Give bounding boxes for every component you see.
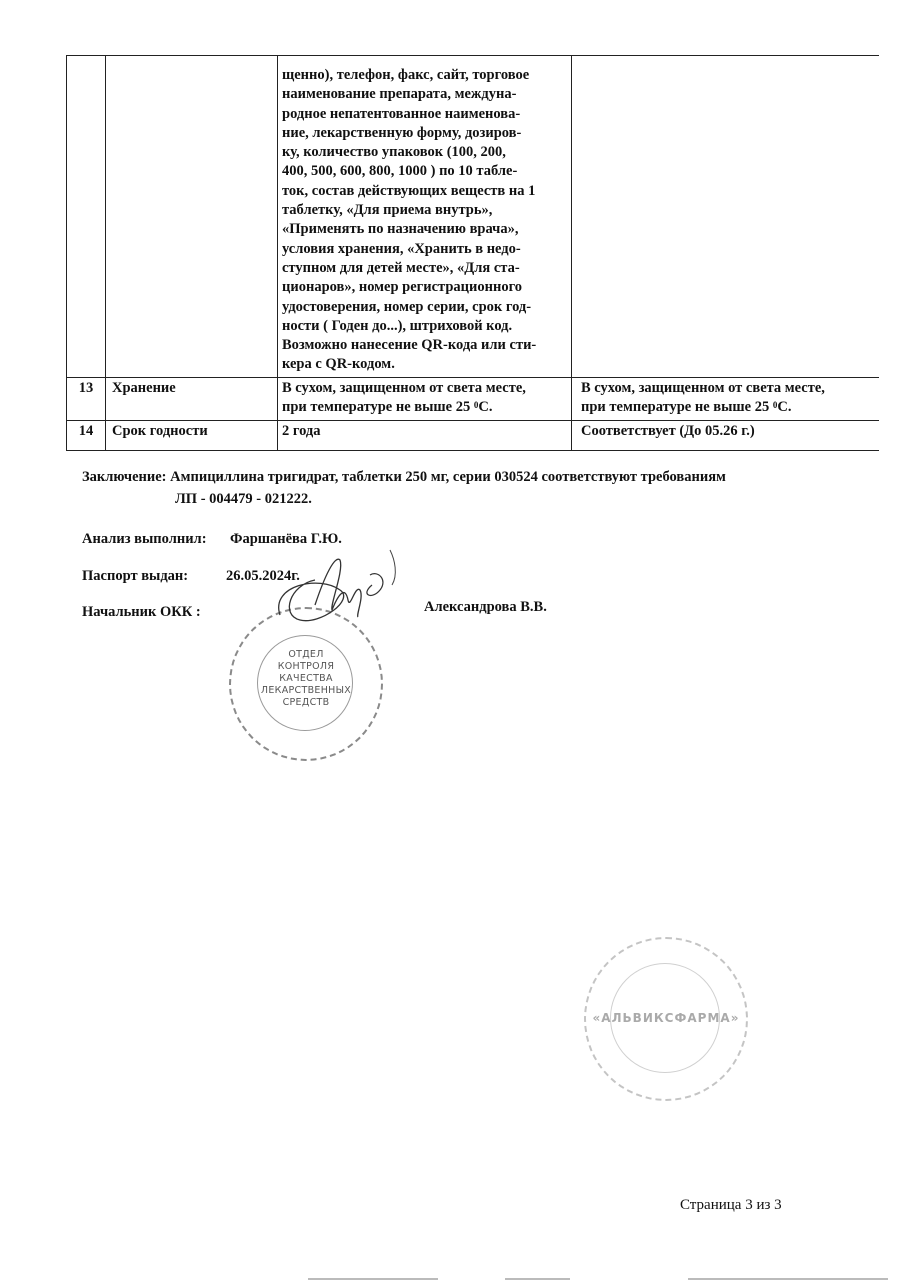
stamp-line: ЛЕКАРСТВЕННЫХ <box>231 685 381 697</box>
specification-table: щенно), телефон, факс, сайт, торговое на… <box>66 55 878 451</box>
conclusion: Заключение: Ампициллина тригидрат, табле… <box>82 466 726 510</box>
page-number: Страница 3 из 3 <box>680 1197 782 1214</box>
requirement-text: 2 года <box>278 420 572 450</box>
stamp-text: «АЛЬВИКСФАРМА» <box>586 1011 746 1025</box>
result-line: при температуре не выше 25 <box>581 399 773 415</box>
result-text: В сухом, защищенном от света месте, при … <box>572 377 879 420</box>
unit: С. <box>777 399 791 415</box>
head-row: Начальник ОКК : <box>82 604 201 621</box>
conclusion-line: ЛП - 004479 - 021222. <box>82 488 726 510</box>
parameter-name <box>106 56 278 378</box>
degree-sup: 0 <box>474 400 479 410</box>
row-number: 13 <box>67 377 106 420</box>
signature-icon <box>260 545 410 655</box>
document-page: щенно), телефон, факс, сайт, торговое на… <box>0 0 902 1280</box>
parameter-name: Срок годности <box>106 420 278 450</box>
requirement-line: В сухом, защищенном от света месте, <box>282 380 526 396</box>
table-row-storage: 13 Хранение В сухом, защищенном от света… <box>67 377 879 420</box>
requirement-line: при температуре не выше 25 <box>282 399 474 415</box>
stamp-line: КОНТРОЛЯ <box>231 661 381 673</box>
passport-label: Паспорт выдан: <box>82 568 226 585</box>
row-number <box>67 56 106 378</box>
head-name: Александрова В.В. <box>424 599 547 616</box>
parameter-name: Хранение <box>106 377 278 420</box>
head-label: Начальник ОКК : <box>82 604 201 620</box>
stamp-line: КАЧЕСТВА <box>231 673 381 685</box>
analyst-label: Анализ выполнил: <box>82 531 230 548</box>
stamp-text: ОТДЕЛ КОНТРОЛЯ КАЧЕСТВА ЛЕКАРСТВЕННЫХ СР… <box>231 649 381 709</box>
unit: С. <box>478 399 492 415</box>
company-stamp: «АЛЬВИКСФАРМА» <box>584 937 748 1101</box>
table-row-shelf-life: 14 Срок годности 2 года Соответствует (Д… <box>67 420 879 450</box>
requirement-text: щенно), телефон, факс, сайт, торговое на… <box>282 66 565 375</box>
conclusion-line: Заключение: Ампициллина тригидрат, табле… <box>82 466 726 488</box>
result-text <box>572 56 879 378</box>
table-row-labeling: щенно), телефон, факс, сайт, торговое на… <box>67 56 879 378</box>
result-line: В сухом, защищенном от света месте, <box>581 380 825 396</box>
stamp-line: СРЕДСТВ <box>231 697 381 709</box>
degree-sup: 0 <box>773 400 778 410</box>
requirement-text: В сухом, защищенном от света месте, при … <box>278 377 572 420</box>
row-number: 14 <box>67 420 106 450</box>
result-text: Соответствует (До 05.26 г.) <box>572 420 879 450</box>
